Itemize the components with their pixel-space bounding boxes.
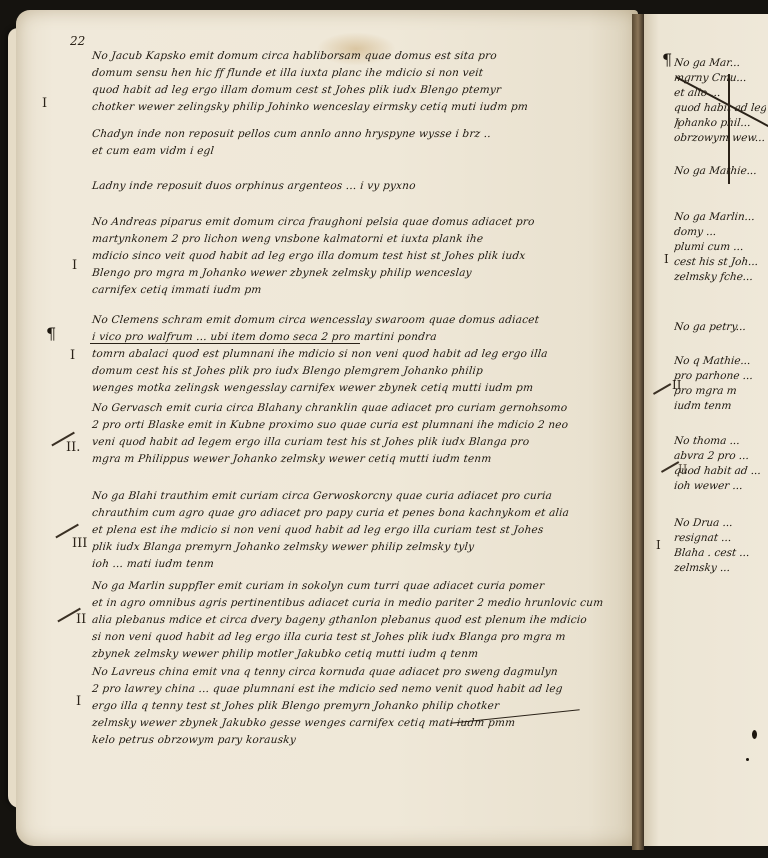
entry-line: No ga Marlin suppfler emit curiam in sok… bbox=[91, 578, 613, 595]
entry-line: No Lavreus china emit vna q tenny circa … bbox=[91, 664, 613, 681]
entry-line: No q Mathie... bbox=[674, 354, 766, 369]
margin-slash bbox=[653, 383, 671, 394]
entry-line: abvra 2 pro ... bbox=[674, 449, 766, 464]
entry-line: Chadyn inde non reposuit pellos cum annl… bbox=[91, 126, 613, 143]
book-gutter bbox=[632, 14, 644, 850]
entry-line: No Gervasch emit curia circa Blahany chr… bbox=[91, 400, 613, 417]
entry: No ga Marlin... domy ... plumi cum ... c… bbox=[674, 210, 766, 285]
margin-mark: II bbox=[76, 612, 86, 627]
entry-line: domum cest his st Johes plik pro iudx Bl… bbox=[91, 363, 613, 380]
entry: No q Mathie... pro parhone ... pro mgra … bbox=[674, 354, 766, 414]
entry-line: i vico pro walfrum ... ubi item domo sec… bbox=[91, 329, 613, 346]
entry: No Andreas piparus emit domum circa frau… bbox=[92, 214, 612, 299]
entry-line: veni quod habit ad legem ergo illa curia… bbox=[91, 434, 613, 451]
entry: No ga Marlin suppfler emit curiam in sok… bbox=[92, 578, 612, 663]
entry-line: No ga Marlin... bbox=[674, 210, 766, 225]
entry-line: plumi cum ... bbox=[674, 240, 766, 255]
entry-line: kelo petrus obrzowym pary korausky bbox=[91, 732, 613, 749]
entry-line: ioh ... mati iudm tenm bbox=[91, 556, 613, 573]
entry-line: Ladny inde reposuit duos orphinus argent… bbox=[91, 178, 613, 195]
entry: No Drua ... resignat ... Blaha . cest ..… bbox=[674, 516, 766, 576]
entry-line: 2 pro lawrey china ... quae plumnani est… bbox=[91, 681, 613, 698]
entry-line: et cum eam vidm i egl bbox=[91, 143, 613, 160]
margin-mark: III bbox=[72, 536, 87, 551]
entry: Chadyn inde non reposuit pellos cum annl… bbox=[92, 126, 612, 160]
entry-line: 2 pro orti Blaske emit in Kubne proximo … bbox=[91, 417, 613, 434]
entry: No ga Blahi trauthim emit curiam circa G… bbox=[92, 488, 612, 573]
entry-line: et in agro omnibus agris pertinentibus a… bbox=[91, 595, 613, 612]
entry-line: pro parhone ... bbox=[674, 369, 766, 384]
margin-mark: I bbox=[76, 694, 81, 709]
right-page-content: ¶ I No ga Mar... mgrny Cmu... et alio ..… bbox=[644, 14, 768, 846]
entry-line: mgra m Philippus wewer Johanko zelmsky w… bbox=[91, 451, 613, 468]
entry: No Gervasch emit curia circa Blahany chr… bbox=[92, 400, 612, 468]
entry-line: No Clemens schram emit domum circa wence… bbox=[91, 312, 613, 329]
entry-line: chrauthim cum agro quae gro adiacet pro … bbox=[91, 505, 613, 522]
entry-line: quod habit ad leg... bbox=[674, 101, 766, 116]
entry: No Lavreus china emit vna q tenny circa … bbox=[92, 664, 612, 749]
entry: No Jacub Kapsko emit domum circa hablibo… bbox=[92, 48, 612, 116]
entry-line: obrzowym wew... bbox=[674, 131, 766, 146]
entry-line: zbynek zelmsky wewer philip motler Jakub… bbox=[91, 646, 613, 663]
entry-line: No ga Mathie... bbox=[674, 164, 766, 179]
margin-mark: I bbox=[72, 258, 77, 273]
entry-line: plik iudx Blanga premyrn Johanko zelmsky… bbox=[91, 539, 613, 556]
entry-line: quod habit ad ... bbox=[674, 464, 766, 479]
entry-line: mdicio sinco veit quod habit ad leg ergo… bbox=[91, 248, 613, 265]
entry-line: zelmsky ... bbox=[674, 561, 766, 576]
entry-line: No Jacub Kapsko emit domum circa hablibo… bbox=[91, 48, 613, 65]
entry-line: iudm tenm bbox=[674, 399, 766, 414]
entry-line: zelmsky fche... bbox=[674, 270, 766, 285]
entry-line: alia plebanus mdice et circa dvery bagen… bbox=[91, 612, 613, 629]
entry-line: chotker wewer zelingsky philip Johinko w… bbox=[91, 99, 613, 116]
margin-mark: I bbox=[656, 538, 661, 552]
entry-line: pro mgra m bbox=[674, 384, 766, 399]
entry: No Clemens schram emit domum circa wence… bbox=[92, 312, 612, 397]
entry-line: No ga Mar... bbox=[674, 56, 766, 71]
entry-line: cest his st Joh... bbox=[674, 255, 766, 270]
entry-line: si non veni quod habit ad leg ergo illa … bbox=[91, 629, 613, 646]
entry-line: wenges motka zelingsk wengesslay carnife… bbox=[91, 380, 613, 397]
entry-line: zelmsky wewer zbynek Jakubko gesse wenge… bbox=[91, 715, 613, 732]
entry-line: No thoma ... bbox=[674, 434, 766, 449]
entry-line: Blengo pro mgra m Johanko wewer zbynek z… bbox=[91, 265, 613, 282]
ink-blot bbox=[746, 758, 749, 761]
entry-line: tomrn abalaci quod est plumnani ihe mdic… bbox=[91, 346, 613, 363]
pilcrow-icon: ¶ bbox=[662, 50, 672, 69]
pilcrow-icon: ¶ bbox=[46, 324, 56, 343]
entry-line: ergo illa q tenny test st Johes plik Ble… bbox=[91, 698, 613, 715]
entry-line: quod habit ad leg ergo illam domum cest … bbox=[91, 82, 613, 99]
ink-blot bbox=[752, 730, 757, 739]
entry-line: domum sensu hen hic ff flunde et illa iu… bbox=[91, 65, 613, 82]
entry-line: Blaha . cest ... bbox=[674, 546, 766, 561]
entry-line: carnifex cetiq immati iudm pm bbox=[91, 282, 613, 299]
margin-mark: II. bbox=[66, 440, 80, 455]
margin-mark: I bbox=[664, 252, 669, 266]
entry: No ga Mathie... bbox=[674, 164, 766, 179]
entry: No ga petry... bbox=[674, 320, 766, 335]
entry-line: No ga petry... bbox=[674, 320, 766, 335]
entry: Ladny inde reposuit duos orphinus argent… bbox=[92, 178, 612, 195]
entry-line: martynkonem 2 pro lichon weng vnsbone ka… bbox=[91, 231, 613, 248]
manuscript-spread: 22 I No Jacub Kapsko emit domum circa ha… bbox=[0, 0, 768, 858]
entry-line: No ga Blahi trauthim emit curiam circa G… bbox=[91, 488, 613, 505]
entry-line: ioh wewer ... bbox=[674, 479, 766, 494]
entry-line: No Andreas piparus emit domum circa frau… bbox=[91, 214, 613, 231]
entry-line: domy ... bbox=[674, 225, 766, 240]
entry-line: et plena est ihe mdicio si non veni quod… bbox=[91, 522, 613, 539]
margin-mark: I bbox=[42, 96, 47, 111]
folio-number: 22 bbox=[70, 34, 85, 48]
margin-mark: I bbox=[70, 348, 75, 363]
entry-line: No Drua ... bbox=[674, 516, 766, 531]
entry-line: resignat ... bbox=[674, 531, 766, 546]
entry: No thoma ... abvra 2 pro ... quod habit … bbox=[674, 434, 766, 494]
